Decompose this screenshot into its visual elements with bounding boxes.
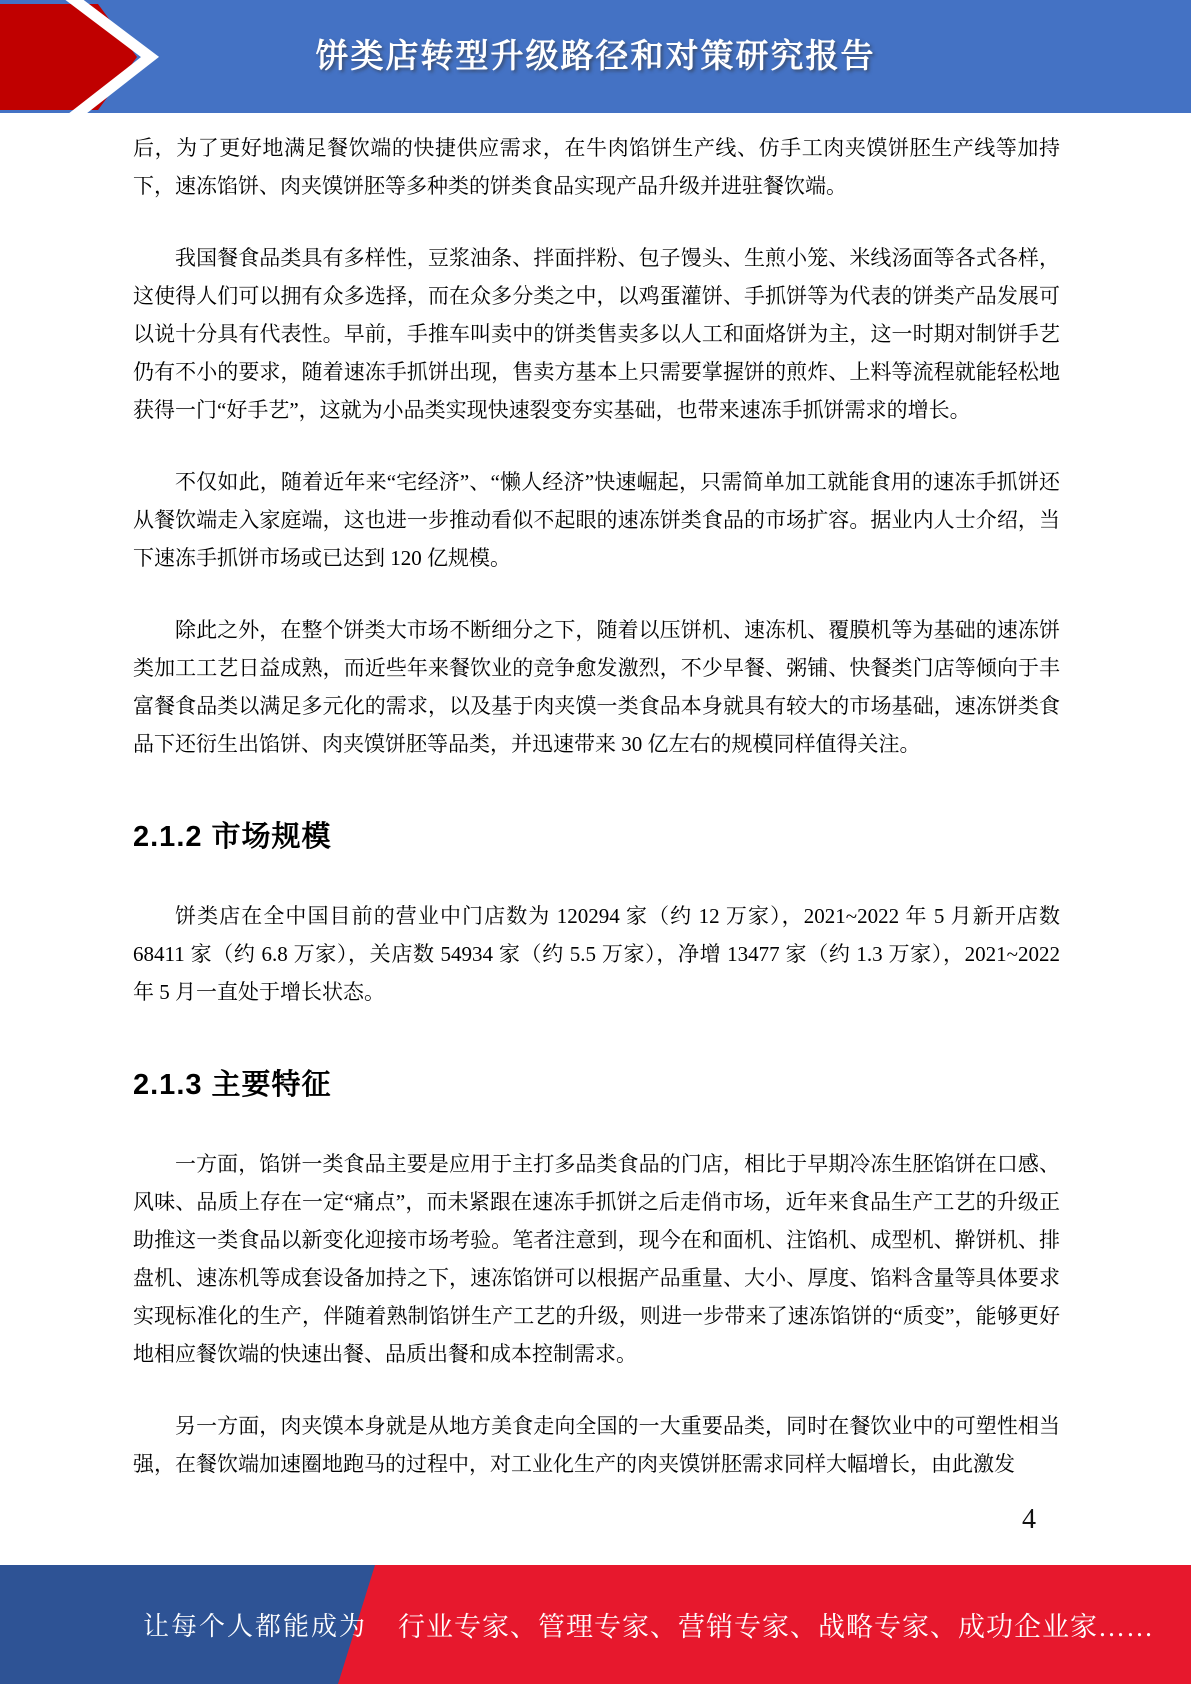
document-body: 后，为了更好地满足餐饮端的快捷供应需求，在牛肉馅饼生产线、仿手工肉夹馍饼胚生产线… bbox=[133, 129, 1060, 1517]
paragraph: 饼类店在全中国目前的营业中门店数为 120294 家（约 12 万家），2021… bbox=[133, 897, 1060, 1011]
page-header: 饼类店转型升级路径和对策研究报告 bbox=[0, 0, 1191, 113]
footer-slogan-right: 行业专家、管理专家、营销专家、战略专家、成功企业家…… bbox=[398, 1565, 1154, 1684]
page-number: 4 bbox=[1022, 1503, 1036, 1537]
footer-slogan-left: 让每个人都能成为 bbox=[143, 1565, 367, 1684]
paragraph: 不仅如此，随着近年来“宅经济”、“懒人经济”快速崛起，只需简单加工就能食用的速冻… bbox=[133, 463, 1060, 577]
paragraph: 我国餐食品类具有多样性，豆浆油条、拌面拌粉、包子馒头、生煎小笼、米线汤面等各式各… bbox=[133, 239, 1060, 429]
paragraph: 另一方面，肉夹馍本身就是从地方美食走向全国的一大重要品类，同时在餐饮业中的可塑性… bbox=[133, 1407, 1060, 1483]
report-title: 饼类店转型升级路径和对策研究报告 bbox=[0, 0, 1191, 106]
section-heading-market-size: 2.1.2 市场规模 bbox=[133, 815, 1060, 859]
section-heading-main-features: 2.1.3 主要特征 bbox=[133, 1063, 1060, 1107]
paragraph: 一方面，馅饼一类食品主要是应用于主打多品类食品的门店，相比于早期冷冻生胚馅饼在口… bbox=[133, 1145, 1060, 1373]
paragraph: 后，为了更好地满足餐饮端的快捷供应需求，在牛肉馅饼生产线、仿手工肉夹馍饼胚生产线… bbox=[133, 129, 1060, 205]
page-footer: 让每个人都能成为 行业专家、管理专家、营销专家、战略专家、成功企业家…… bbox=[0, 1565, 1191, 1684]
paragraph: 除此之外，在整个饼类大市场不断细分之下，随着以压饼机、速冻机、覆膜机等为基础的速… bbox=[133, 611, 1060, 763]
